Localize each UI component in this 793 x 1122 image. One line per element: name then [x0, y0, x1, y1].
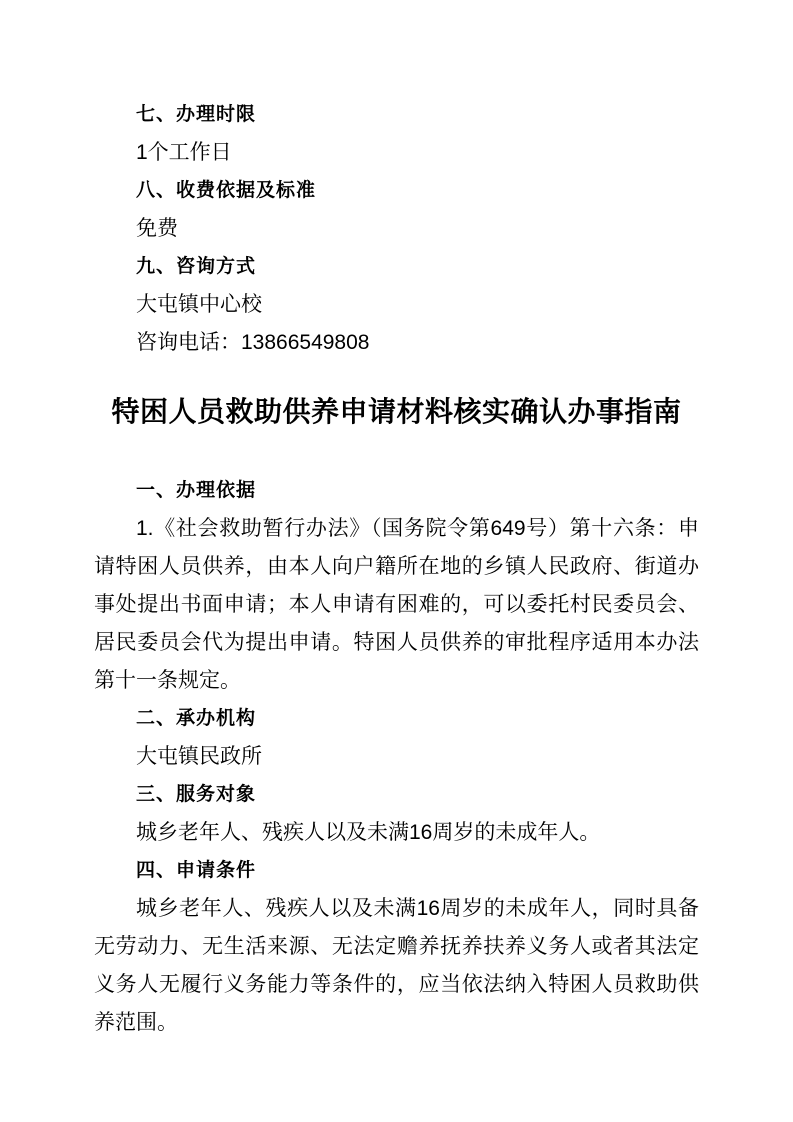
section-heading-agency: 二、承办机构: [94, 700, 699, 738]
document-content: 七、办理时限 1个工作日 八、收费依据及标准 免费 九、咨询方式 大屯镇中心校 …: [0, 0, 793, 1042]
section-heading-processing-time: 七、办理时限: [94, 96, 699, 134]
section-heading-basis: 一、办理依据: [94, 472, 699, 510]
section-conditions-paragraph: 城乡老年人、残疾人以及未满16周岁的未成年人，同时具备无劳动力、无生活来源、无法…: [94, 890, 699, 1042]
section-agency-paragraph: 大屯镇民政所: [94, 738, 699, 776]
section-heading-conditions: 四、申请条件: [94, 852, 699, 890]
document-page: 七、办理时限 1个工作日 八、收费依据及标准 免费 九、咨询方式 大屯镇中心校 …: [0, 0, 793, 1122]
consultation-phone: 咨询电话：13866549808: [94, 324, 699, 362]
consultation-org: 大屯镇中心校: [94, 286, 699, 324]
document-title: 特困人员救助供养申请材料核实确认办事指南: [94, 390, 699, 434]
section-heading-audience: 三、服务对象: [94, 776, 699, 814]
section-audience-paragraph: 城乡老年人、残疾人以及未满16周岁的未成年人。: [94, 814, 699, 852]
section-heading-fee-standard: 八、收费依据及标准: [94, 172, 699, 210]
section-heading-consultation: 九、咨询方式: [94, 248, 699, 286]
processing-time-value: 1个工作日: [94, 134, 699, 172]
section-basis-paragraph: 1.《社会救助暂行办法》（国务院令第649号）第十六条：申请特困人员供养，由本人…: [94, 510, 699, 700]
fee-standard-value: 免费: [94, 210, 699, 248]
